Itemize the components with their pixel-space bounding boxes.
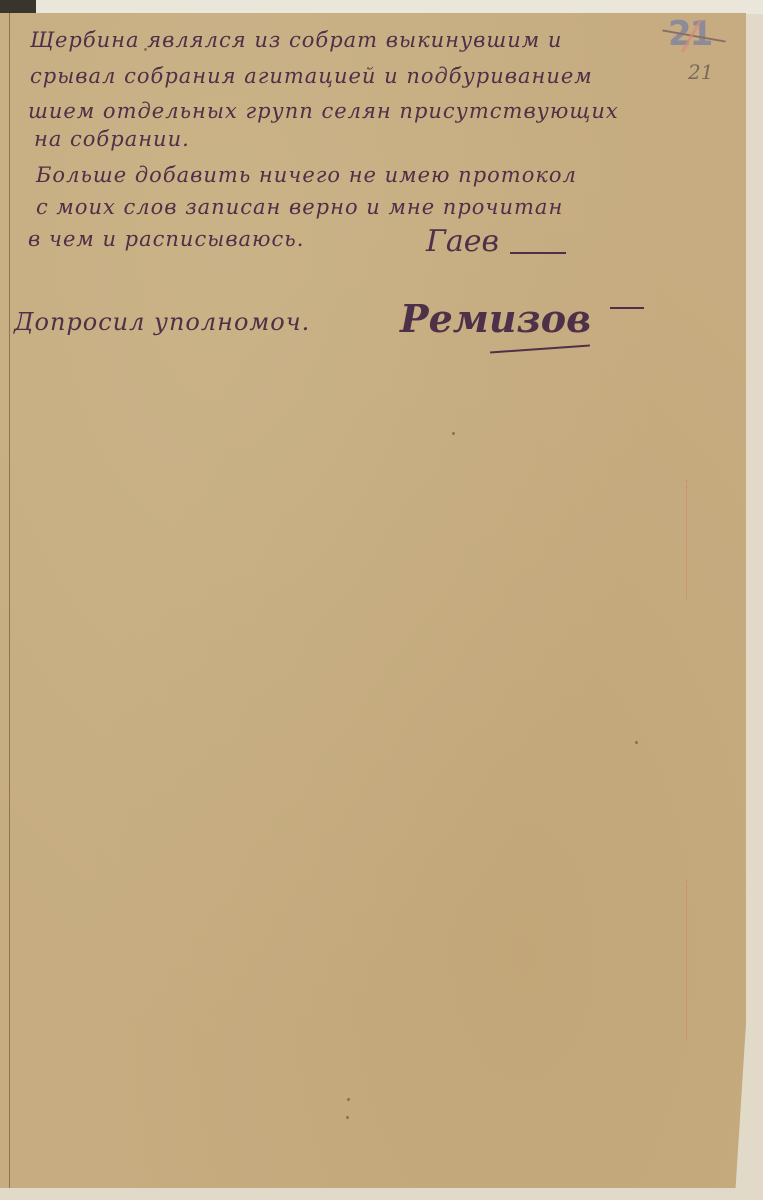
margin-mark	[686, 480, 688, 600]
text-line: шием отдельных групп селян присутствующи…	[28, 99, 619, 123]
text-line: на собрании.	[34, 127, 190, 151]
paper-speck	[452, 432, 455, 435]
text-line: Больше добавить ничего не имею протокол	[36, 163, 577, 187]
binding-fold-line	[9, 13, 10, 1188]
paper-speck	[346, 1116, 349, 1119]
signature-flourish	[610, 307, 644, 309]
signature-flourish	[510, 252, 566, 254]
witness-signature: Гаев	[426, 224, 499, 259]
interrogator-label: Допросил уполномоч.	[14, 308, 310, 336]
text-line: с моих слов записан верно и мне прочитан	[36, 195, 563, 219]
scan-top-border	[0, 0, 763, 14]
paper-speck	[347, 1098, 350, 1101]
margin-mark	[686, 880, 688, 1040]
text-line: срывал собрания агитацией и подбуривание…	[30, 64, 593, 88]
text-line: Щербина являлся из собрат выкинувшим и	[30, 28, 562, 52]
scan-top-dark-corner	[0, 0, 36, 14]
text-line: в чем и расписываюсь.	[28, 227, 304, 251]
paper-sheet	[0, 13, 746, 1188]
scanned-page: 21 21 Щербина являлся из собрат выкинувш…	[0, 0, 763, 1200]
paper-speck	[635, 741, 638, 744]
folio-number: 21	[688, 60, 713, 84]
interrogator-signature: Ремизов	[400, 296, 591, 341]
